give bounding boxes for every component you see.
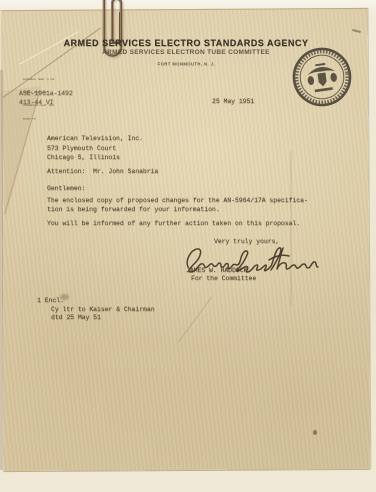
cc-note-line2: dtd 25 May 51 [51,315,101,321]
reference-number: ASE-1961a-1492 [19,91,73,97]
attention-line: Attention: Mr. John Sanabria [47,169,158,175]
file-number: 413-44 VI [19,100,54,106]
body-paragraph1-line1: The enclosed copy of proposed changes fo… [47,198,308,204]
salutation: Gentlemen: [47,186,85,192]
enclosure-note: 1 Encl. [37,298,64,304]
small-print-line: annumne nmur n nm [23,77,91,81]
recipient-city: Chicago 5, Illinois [47,155,120,161]
signature-typed-name: JAMES W. HADDOCK [186,268,247,274]
recipient-name: American Television, Inc. [47,136,143,142]
paper-edge-shadow [0,70,3,470]
agency-seal-stamp [287,42,357,112]
letterhead-agency-name: ARMED SERVICES ELECTRO STANDARDS AGENCY [40,38,332,48]
body-paragraph1-line2: tion is being forwarded for your informa… [47,207,220,213]
body-paragraph2: You will be informed of any further acti… [47,221,300,227]
scanned-letter: ARMED SERVICES ELECTRO STANDARDS AGENCY … [0,0,376,492]
signature-role: For the Committee [191,276,256,282]
recipient-street: 573 Plymouth Court [47,146,116,152]
cc-note-line1: Cy ltr to Kaiser & Chairman [51,307,155,313]
letter-date: 25 May 1951 [212,99,254,105]
small-print-line: mnum nn [23,116,91,120]
ink-speck [313,430,317,435]
